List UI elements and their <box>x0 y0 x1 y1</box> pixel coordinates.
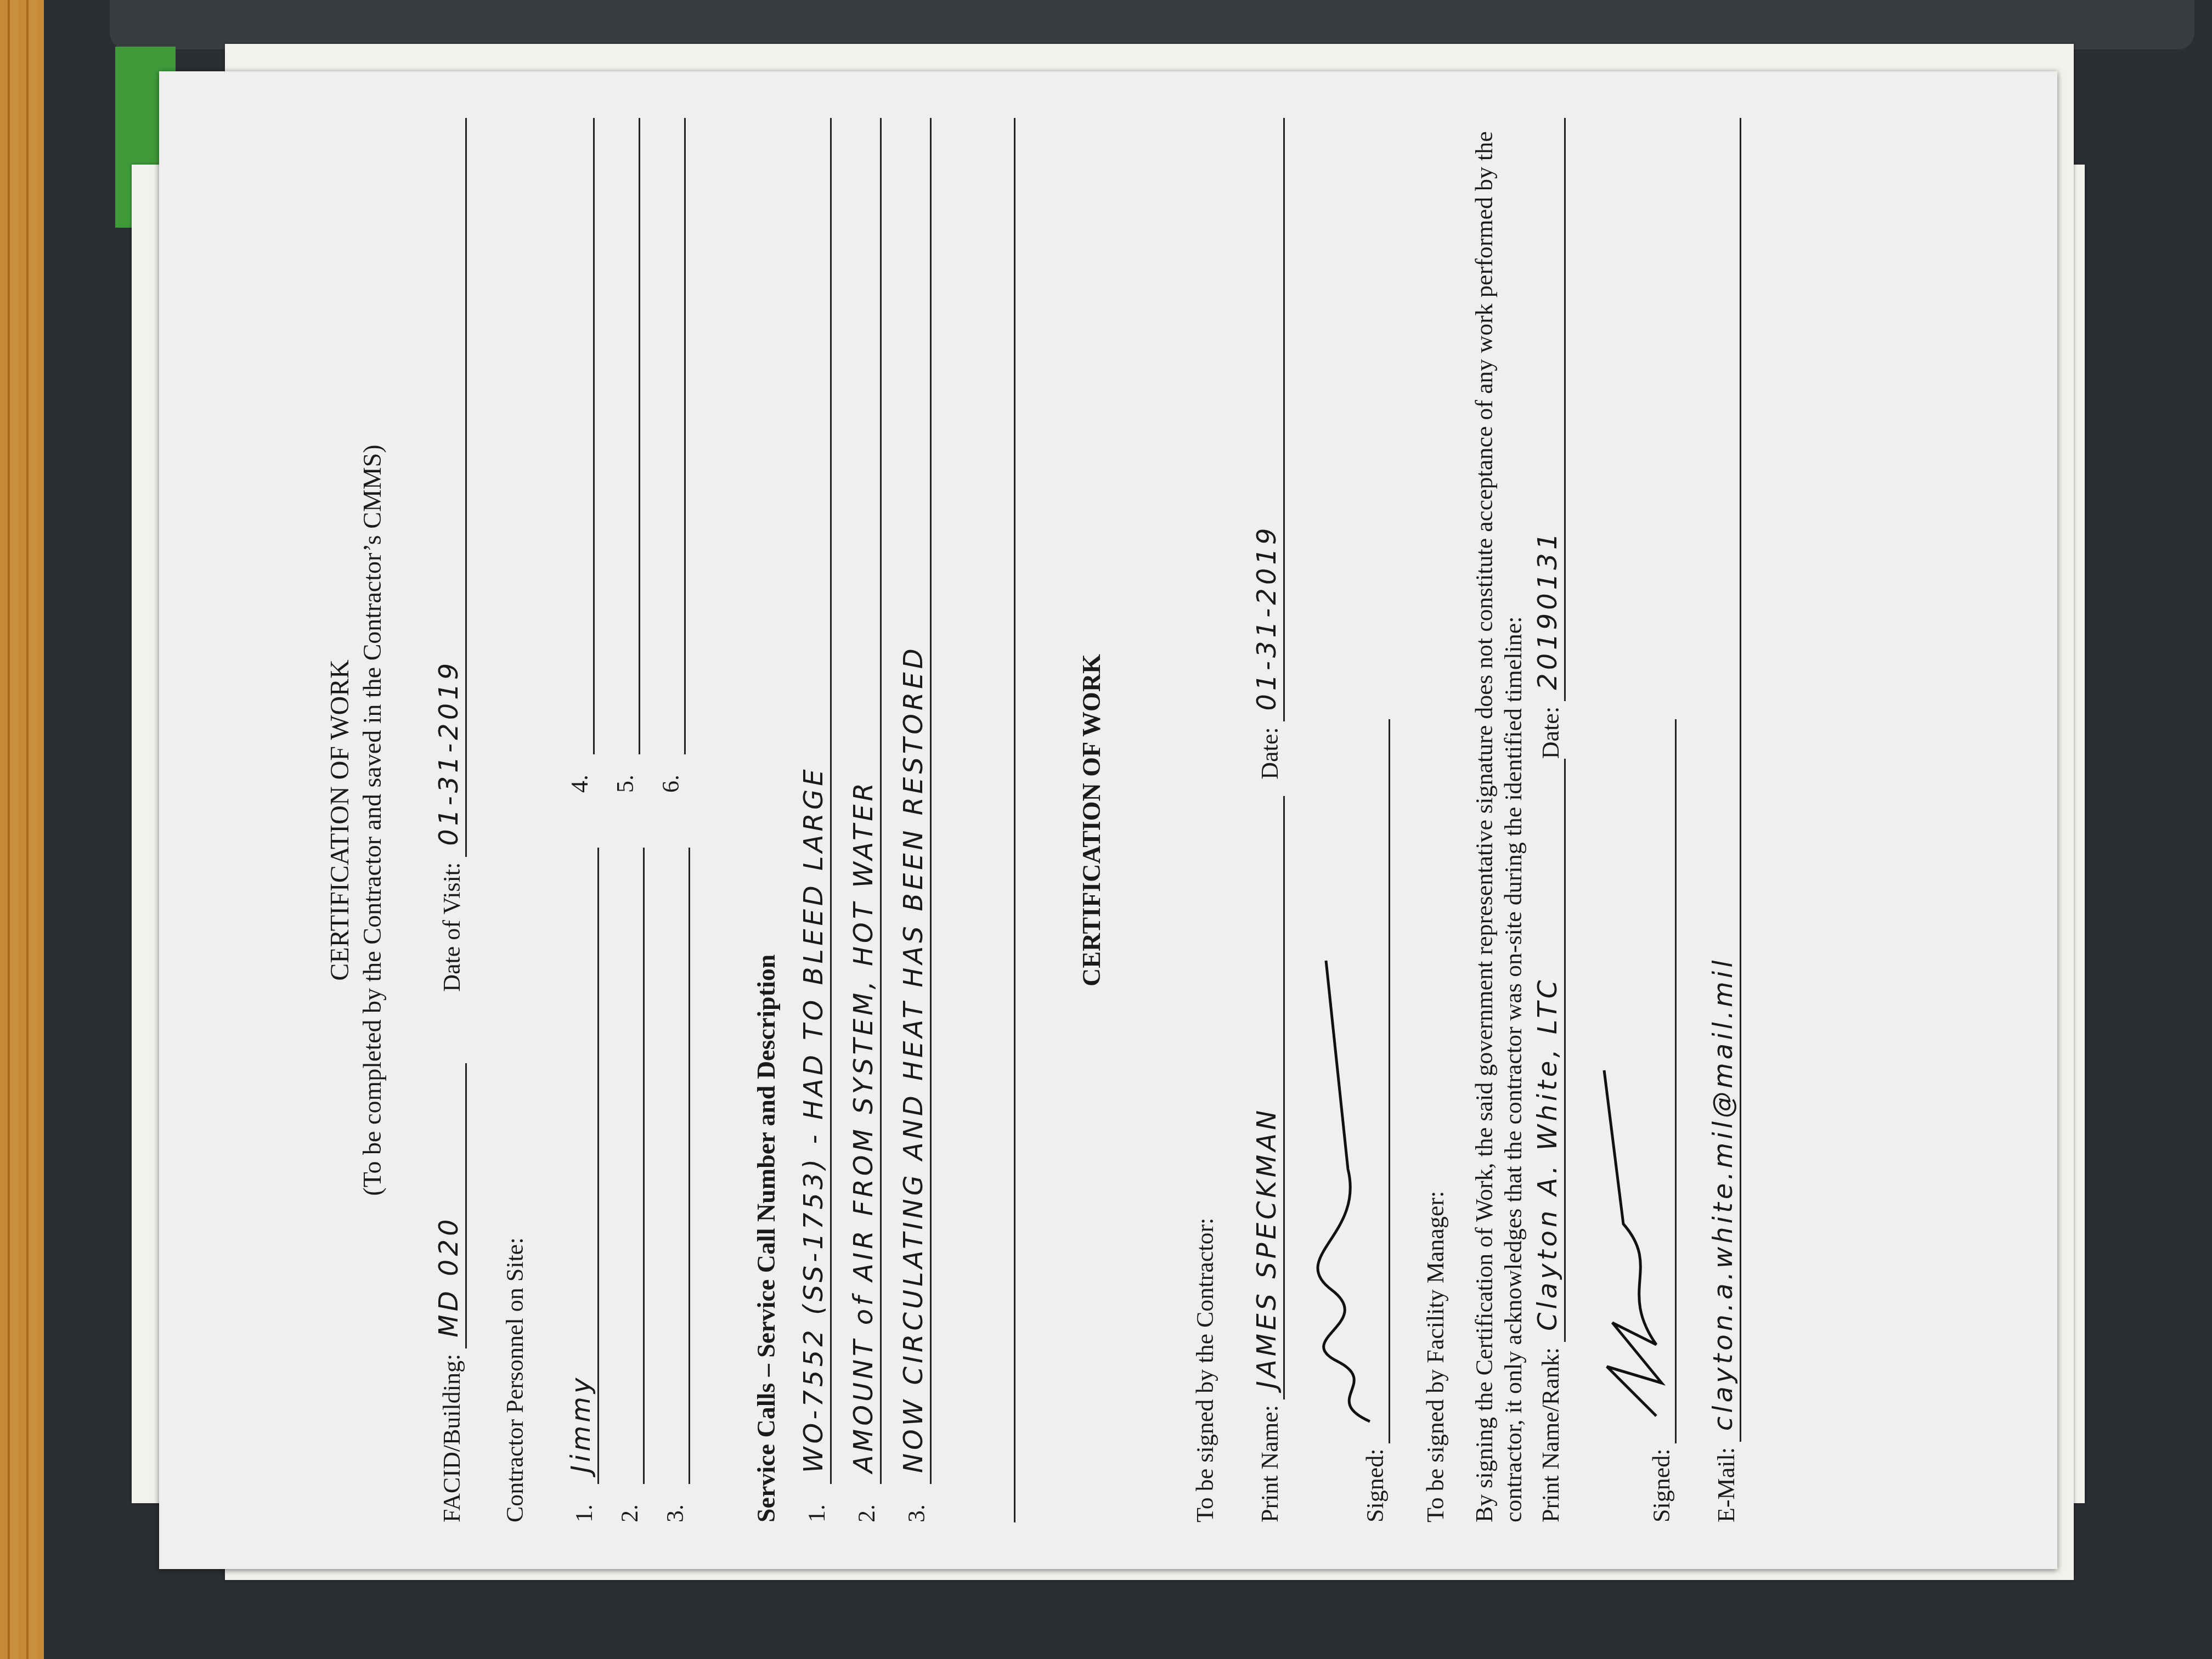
manager-section-label: To be signed by Facility Manager: <box>1420 118 1451 1522</box>
section-divider <box>1014 118 1015 1522</box>
personnel-item: 4. <box>565 118 595 793</box>
contractor-signature-field[interactable] <box>1315 719 1390 1443</box>
service-call-field[interactable]: WO-7552 (SS-1753) - HAD TO BLEED LARGE <box>797 118 832 1484</box>
contractor-date-field[interactable]: 01-31-2019 <box>1250 118 1285 721</box>
manager-date-label: Date: <box>1536 707 1566 759</box>
form-title: CERTIFICATION OF WORK <box>324 118 357 1522</box>
manager-signature-icon <box>1596 1048 1667 1432</box>
contractor-date-label: Date: <box>1255 727 1285 779</box>
service-call-item: 2.AMOUNT of AIR FROM SYSTEM, HOT WATER <box>847 118 882 1522</box>
print-name-rank-field[interactable]: Clayton A. White, LTC <box>1531 759 1566 1342</box>
service-calls-heading: Service Calls – Service Call Number and … <box>751 118 782 1522</box>
personnel-item: 2. <box>614 848 645 1522</box>
manager-signed-label: Signed: <box>1646 1449 1677 1522</box>
service-call-item: 1.WO-7552 (SS-1753) - HAD TO BLEED LARGE <box>797 118 832 1522</box>
personnel-label: Contractor Personnel on Site: <box>500 118 530 1522</box>
print-name-label: Print Name: <box>1255 1405 1285 1522</box>
clipboard-clip <box>110 0 2194 49</box>
disclaimer-text: By signing the Certification of Work, th… <box>1470 118 1528 1522</box>
personnel-item: 3. <box>660 848 690 1522</box>
date-of-visit-field[interactable]: 01-31-2019 <box>432 118 467 857</box>
personnel-field[interactable] <box>657 118 686 754</box>
contractor-signed-label: Signed: <box>1360 1449 1390 1522</box>
manager-signature-field[interactable] <box>1596 719 1677 1443</box>
form-subtitle: (To be completed by the Contractor and s… <box>357 118 388 1522</box>
personnel-item: 6. <box>656 118 686 793</box>
print-name-field[interactable]: JAMES SPECKMAN <box>1250 796 1285 1400</box>
service-call-field[interactable]: AMOUNT of AIR FROM SYSTEM, HOT WATER <box>847 118 882 1484</box>
personnel-field[interactable]: Jimmy <box>565 848 599 1484</box>
certification-form-page: CERTIFICATION OF WORK (To be completed b… <box>159 71 2057 1569</box>
service-call-item: 3.NOW CIRCULATING AND HEAT HAS BEEN REST… <box>897 118 932 1522</box>
email-field[interactable]: clayton.a.white.mil@mail.mil <box>1707 118 1741 1442</box>
personnel-item: 5. <box>610 118 640 793</box>
personnel-field[interactable] <box>566 118 595 754</box>
personnel-field[interactable] <box>611 118 640 754</box>
email-label: E-Mail: <box>1711 1447 1741 1522</box>
contractor-signature-icon <box>1315 939 1381 1432</box>
contractor-section-label: To be signed by the Contractor: <box>1190 118 1220 1522</box>
service-calls-list: 1.WO-7552 (SS-1753) - HAD TO BLEED LARGE… <box>797 118 932 1522</box>
certification-heading: CERTIFICATION OF WORK <box>1076 118 1108 1522</box>
facid-label: FACID/Building: <box>437 1354 467 1522</box>
facid-field[interactable]: MD 020 <box>432 1063 467 1348</box>
service-call-field[interactable]: NOW CIRCULATING AND HEAT HAS BEEN RESTOR… <box>897 118 932 1484</box>
date-of-visit-label: Date of Visit: <box>437 862 467 992</box>
print-name-rank-label: Print Name/Rank: <box>1536 1347 1566 1522</box>
personnel-field[interactable] <box>616 848 645 1484</box>
form-content: CERTIFICATION OF WORK (To be completed b… <box>214 118 2002 1522</box>
personnel-list: 1.Jimmy 2. 3. 4. 5. 6. <box>549 118 690 1522</box>
personnel-field[interactable] <box>661 848 690 1484</box>
personnel-item: 1.Jimmy <box>565 848 599 1522</box>
manager-date-field[interactable]: 20190131 <box>1531 118 1566 701</box>
